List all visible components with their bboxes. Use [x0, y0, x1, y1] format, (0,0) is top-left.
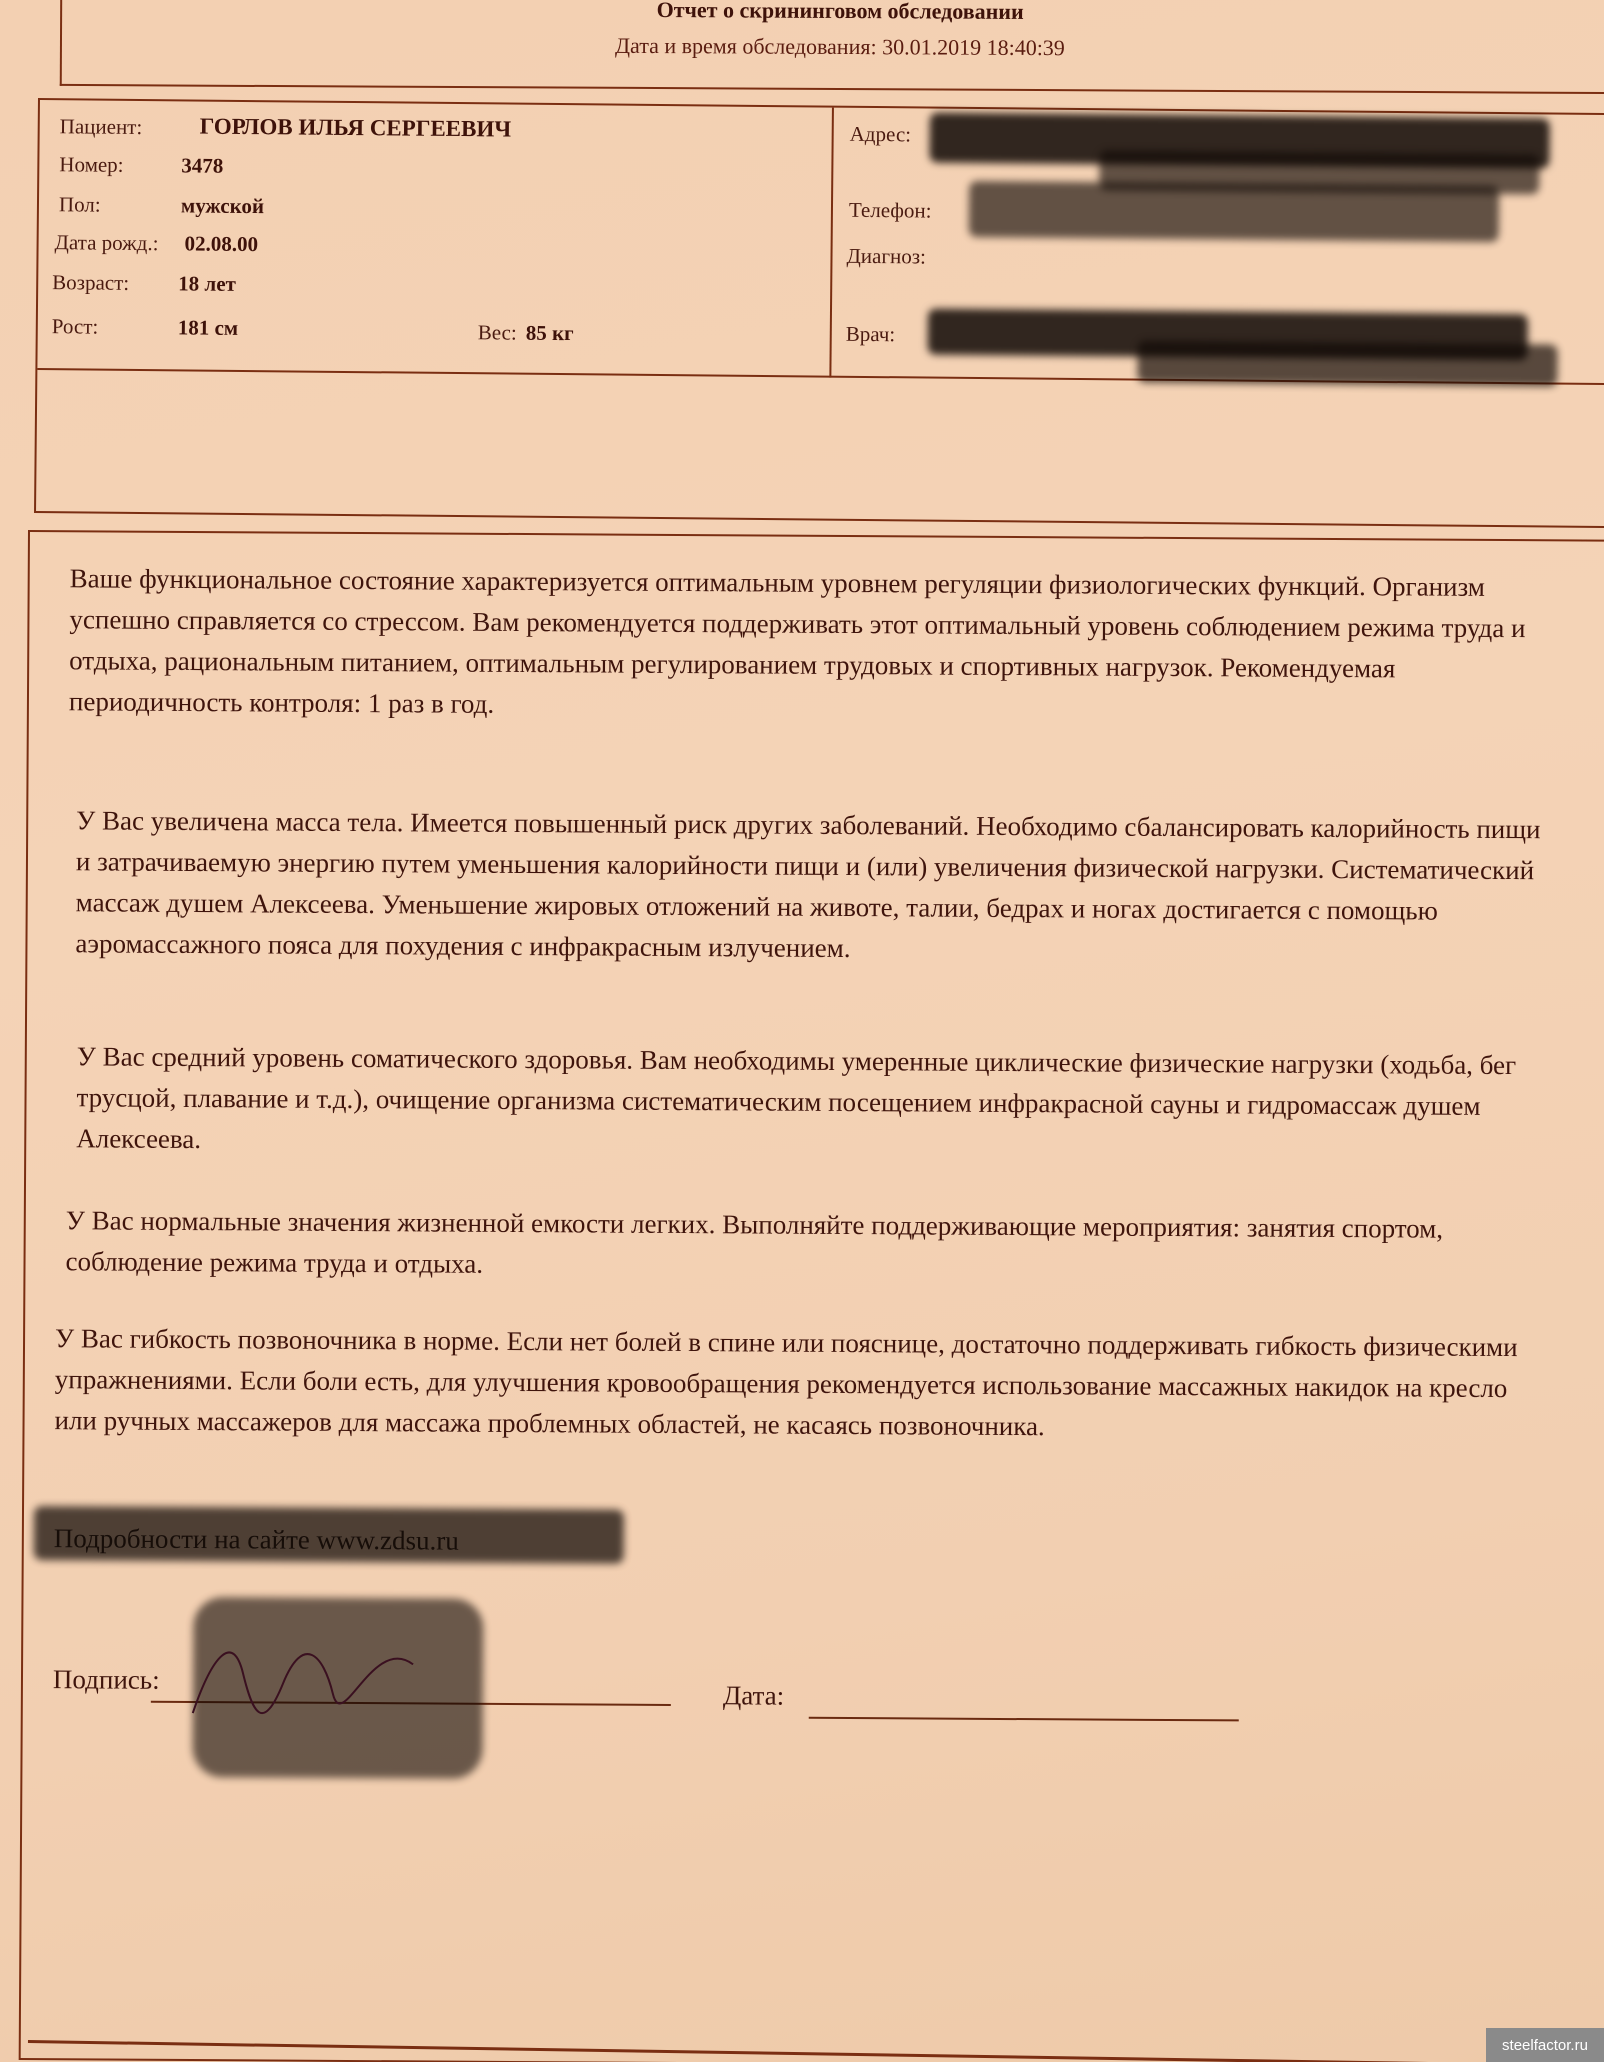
conclusion-lung-capacity: У Вас нормальные значения жизненной емко…	[65, 1200, 1545, 1291]
conclusion-spine-flexibility: У Вас гибкость позвоночника в норме. Есл…	[54, 1318, 1535, 1450]
patient-number-label: Номер:	[59, 152, 123, 178]
phone-label: Телефон:	[849, 198, 932, 224]
dob-value: 02.08.00	[184, 231, 258, 257]
diagnosis-label: Диагноз:	[846, 244, 926, 270]
age-value: 18 лет	[178, 271, 236, 297]
sex-label: Пол:	[59, 192, 101, 217]
signature-scribble-icon	[173, 1613, 434, 1755]
weight-value: 85 кг	[526, 321, 574, 346]
patient-number: 3478	[181, 153, 223, 178]
conclusion-somatic-health: У Вас средний уровень соматического здор…	[76, 1036, 1557, 1168]
exam-datetime-line: Дата и время обследования: 30.01.2019 18…	[62, 30, 1604, 64]
dob-label: Дата рожд.:	[54, 230, 158, 256]
exam-datetime-label: Дата и время обследования:	[615, 33, 877, 59]
conclusion-body-mass: У Вас увеличена масса тела. Имеется повы…	[75, 800, 1556, 973]
phone-redaction	[969, 181, 1500, 242]
patient-info-box: Пациент: ГОРЛОВ ИЛЬЯ СЕРГЕЕВИЧ Номер: 34…	[34, 98, 1604, 528]
height-value: 181 см	[178, 315, 239, 341]
doctor-redaction-2	[1137, 341, 1557, 387]
age-label: Возраст:	[52, 270, 129, 296]
watermark: steelfactor.ru	[1486, 2028, 1604, 2062]
conclusion-functional-state: Ваше функциональное состояние характериз…	[69, 558, 1550, 731]
patient-name: ГОРЛОВ ИЛЬЯ СЕРГЕЕВИЧ	[200, 114, 512, 143]
conclusions-box: Ваше функциональное состояние характериз…	[19, 530, 1604, 2062]
patient-name-label: Пациент:	[60, 114, 143, 140]
signature-label: Подпись:	[53, 1664, 160, 1696]
date-line[interactable]	[809, 1717, 1239, 1722]
address-label: Адрес:	[850, 122, 912, 148]
weight-label: Вес:	[478, 320, 517, 345]
height-label: Рост:	[52, 314, 99, 339]
exam-datetime-value: 30.01.2019 18:40:39	[882, 34, 1065, 60]
date-label: Дата:	[723, 1680, 785, 1711]
details-redaction	[34, 1506, 624, 1564]
report-header: Отчет о скрининговом обследовании Дата и…	[60, 0, 1604, 94]
doctor-label: Врач:	[846, 322, 896, 347]
report-title: Отчет о скрининговом обследовании	[62, 0, 1604, 28]
sex-value: мужской	[181, 193, 264, 219]
column-divider	[829, 108, 834, 378]
